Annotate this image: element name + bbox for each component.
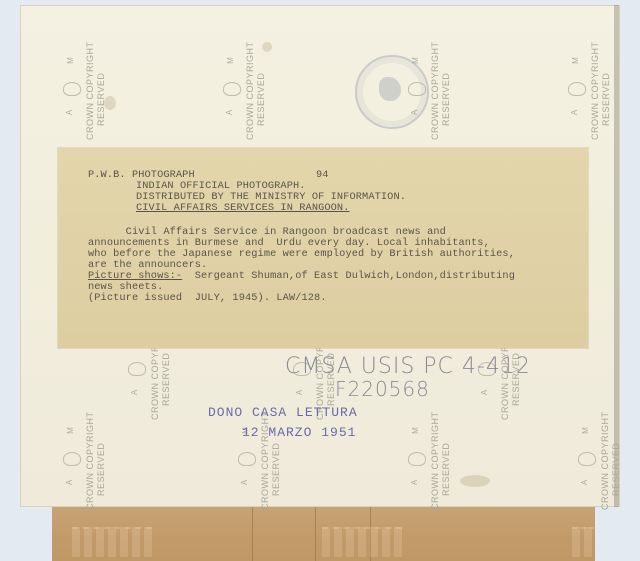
crown-copyright-watermark: CROWN COPYRIGHTRESERVED [430, 42, 452, 141]
watermark-letter: A [130, 390, 139, 395]
watermark-letter: A [570, 110, 579, 115]
watermark-letter: A [295, 390, 304, 395]
watermark-letter: A [480, 390, 489, 395]
crown-emblem-icon [63, 452, 81, 466]
donation-stamp-line1: DONO CASA LETTURA [208, 405, 358, 420]
watermark-letter: M [66, 427, 75, 434]
crease [252, 507, 253, 561]
handwritten-catalog-number: CMSA USIS PC 4-412 [285, 354, 531, 379]
watermark-letter: M [581, 427, 590, 434]
watermark-letter: M [571, 57, 580, 64]
watermark-letter: M [226, 57, 235, 64]
castle-watermark-icon [72, 527, 152, 557]
crown-emblem-icon [223, 82, 241, 96]
crown-copyright-watermark: CROWN COPYRIGHTRESERVED [590, 42, 612, 141]
crown-copyright-watermark: CROWN COPYRIGHTRESERVED [600, 412, 622, 511]
crown-copyright-watermark: CROWN COPYRIGHTRESERVED [245, 42, 267, 141]
crown-copyright-watermark: CROWN COPYRIGHTRESERVED [85, 412, 107, 511]
picture-issued: (Picture issued JULY, 1945). LAW/128. [88, 293, 327, 304]
stain [104, 96, 116, 110]
seal-emblem-icon [379, 77, 401, 101]
picture-shows-text: Sergeant Shuman,of East Dulwich,London,d… [182, 270, 515, 282]
watermark-letter: M [66, 57, 75, 64]
crown-emblem-icon [568, 82, 586, 96]
caption-slip: P.W.B. PHOTOGRAPH 94 INDIAN OFFICIAL PHO… [58, 148, 588, 348]
watermark-letter: A [240, 480, 249, 485]
castle-watermark-icon [322, 527, 402, 557]
castle-watermark-icon [572, 527, 594, 557]
crown-emblem-icon [578, 452, 596, 466]
crown-emblem-icon [63, 82, 81, 96]
watermark-letter: A [65, 110, 74, 115]
backing-board [52, 507, 595, 561]
handwritten-accession-number: F220568 [335, 377, 430, 401]
donation-stamp-date: 12 MARZO 1951 [242, 425, 356, 440]
watermark-letter: A [580, 480, 589, 485]
stain [262, 42, 272, 52]
crown-copyright-watermark: CROWN COPYRIGHTRESERVED [85, 42, 107, 141]
watermark-letter: A [225, 110, 234, 115]
caption-number: 94 [316, 170, 329, 181]
watermark-letter: A [65, 480, 74, 485]
crown-emblem-icon [128, 362, 146, 376]
crown-emblem-icon [238, 452, 256, 466]
watermark-letter: A [410, 480, 419, 485]
crease [315, 507, 316, 561]
circular-seal-icon [355, 55, 429, 129]
stain [460, 475, 490, 487]
caption-title: CIVIL AFFAIRS SERVICES IN RANGOON. [136, 203, 350, 214]
watermark-letter: M [411, 427, 420, 434]
crown-copyright-watermark: CROWN COPYRIGHTRESERVED [430, 412, 452, 511]
crown-emblem-icon [408, 452, 426, 466]
